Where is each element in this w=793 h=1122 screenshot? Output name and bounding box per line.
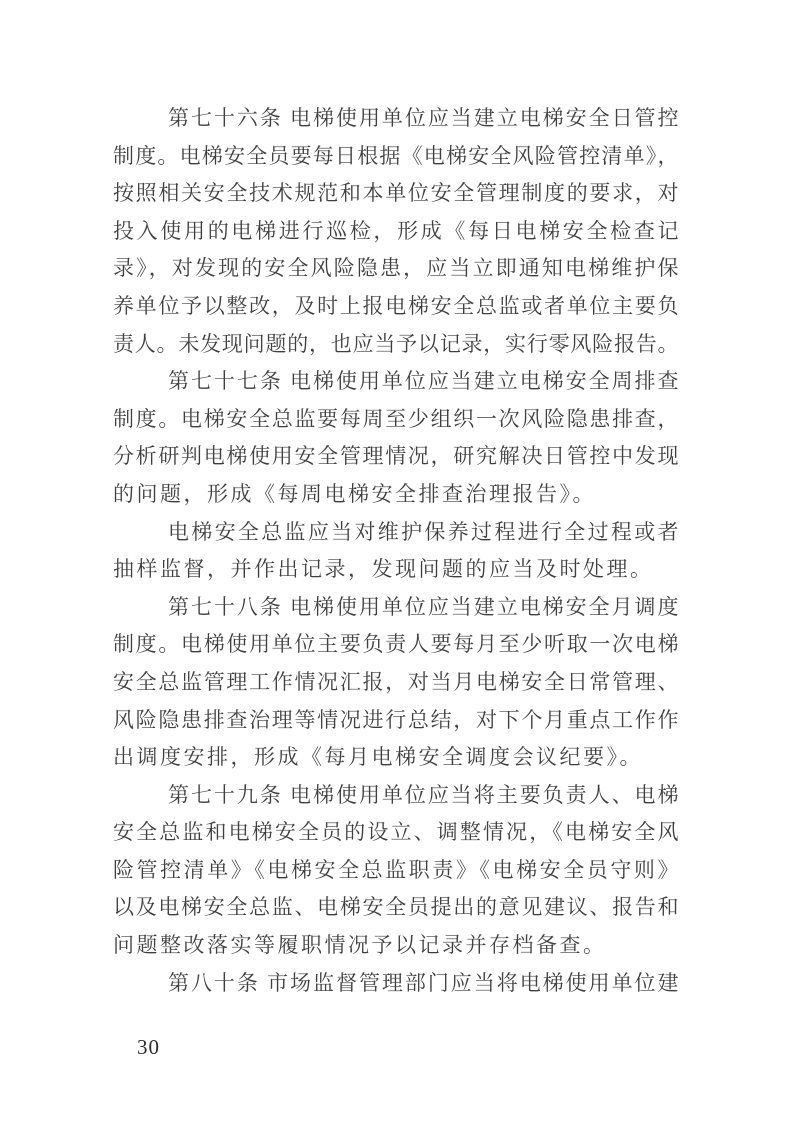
text-line: 电梯安全总监应当对维护保养过程进行全过程或者	[113, 514, 679, 552]
paragraph: 电梯安全总监应当对维护保养过程进行全过程或者抽样监督，并作出记录，发现问题的应当…	[113, 514, 679, 589]
text-line: 养单位予以整改，及时上报电梯安全总监或者单位主要负	[113, 288, 679, 326]
text-line: 制度。电梯使用单位主要负责人要每月至少听取一次电梯	[113, 626, 679, 664]
text-line: 投入使用的电梯进行巡检，形成《每日电梯安全检查记	[113, 213, 679, 251]
text-line: 制度。电梯安全员要每日根据《电梯安全风险管控清单》，	[113, 138, 679, 176]
text-line: 录》，对发现的安全风险隐患，应当立即通知电梯维护保	[113, 250, 679, 288]
paragraph: 第八十条 市场监督管理部门应当将电梯使用单位建	[113, 965, 679, 1003]
text-line: 出调度安排，形成《每月电梯安全调度会议纪要》。	[113, 739, 679, 777]
page-number: 30	[137, 1032, 160, 1062]
text-line: 风险隐患排查治理等情况进行总结，对下个月重点工作作	[113, 702, 679, 740]
text-line: 安全总监和电梯安全员的设立、调整情况，《电梯安全风	[113, 814, 679, 852]
text-line: 分析研判电梯使用安全管理情况，研究解决日管控中发现	[113, 438, 679, 476]
paragraph: 第七十七条 电梯使用单位应当建立电梯安全周排查制度。电梯安全总监要每周至少组织一…	[113, 363, 679, 513]
text-line: 抽样监督，并作出记录，发现问题的应当及时处理。	[113, 551, 679, 589]
paragraph: 第七十六条 电梯使用单位应当建立电梯安全日管控制度。电梯安全员要每日根据《电梯安…	[113, 100, 679, 363]
text-line: 第七十八条 电梯使用单位应当建立电梯安全月调度	[113, 589, 679, 627]
text-line: 第七十六条 电梯使用单位应当建立电梯安全日管控	[113, 100, 679, 138]
text-line: 制度。电梯安全总监要每周至少组织一次风险隐患排查，	[113, 401, 679, 439]
text-line: 责人。未发现问题的，也应当予以记录，实行零风险报告。	[113, 326, 679, 364]
paragraph: 第七十九条 电梯使用单位应当将主要负责人、电梯安全总监和电梯安全员的设立、调整情…	[113, 777, 679, 965]
text-line: 问题整改落实等履职情况予以记录并存档备查。	[113, 927, 679, 965]
paragraph: 第七十八条 电梯使用单位应当建立电梯安全月调度制度。电梯使用单位主要负责人要每月…	[113, 589, 679, 777]
text-line: 险管控清单》《电梯安全总监职责》《电梯安全员守则》	[113, 852, 679, 890]
text-line: 第八十条 市场监督管理部门应当将电梯使用单位建	[113, 965, 679, 1003]
text-line: 的问题，形成《每周电梯安全排查治理报告》。	[113, 476, 679, 514]
text-block: 第七十六条 电梯使用单位应当建立电梯安全日管控制度。电梯安全员要每日根据《电梯安…	[113, 100, 679, 1002]
text-line: 第七十九条 电梯使用单位应当将主要负责人、电梯	[113, 777, 679, 815]
text-line: 第七十七条 电梯使用单位应当建立电梯安全周排查	[113, 363, 679, 401]
text-line: 以及电梯安全总监、电梯安全员提出的意见建议、报告和	[113, 889, 679, 927]
text-line: 安全总监管理工作情况汇报，对当月电梯安全日常管理、	[113, 664, 679, 702]
text-line: 按照相关安全技术规范和本单位安全管理制度的要求，对	[113, 175, 679, 213]
document-page: 第七十六条 电梯使用单位应当建立电梯安全日管控制度。电梯安全员要每日根据《电梯安…	[0, 0, 793, 1122]
